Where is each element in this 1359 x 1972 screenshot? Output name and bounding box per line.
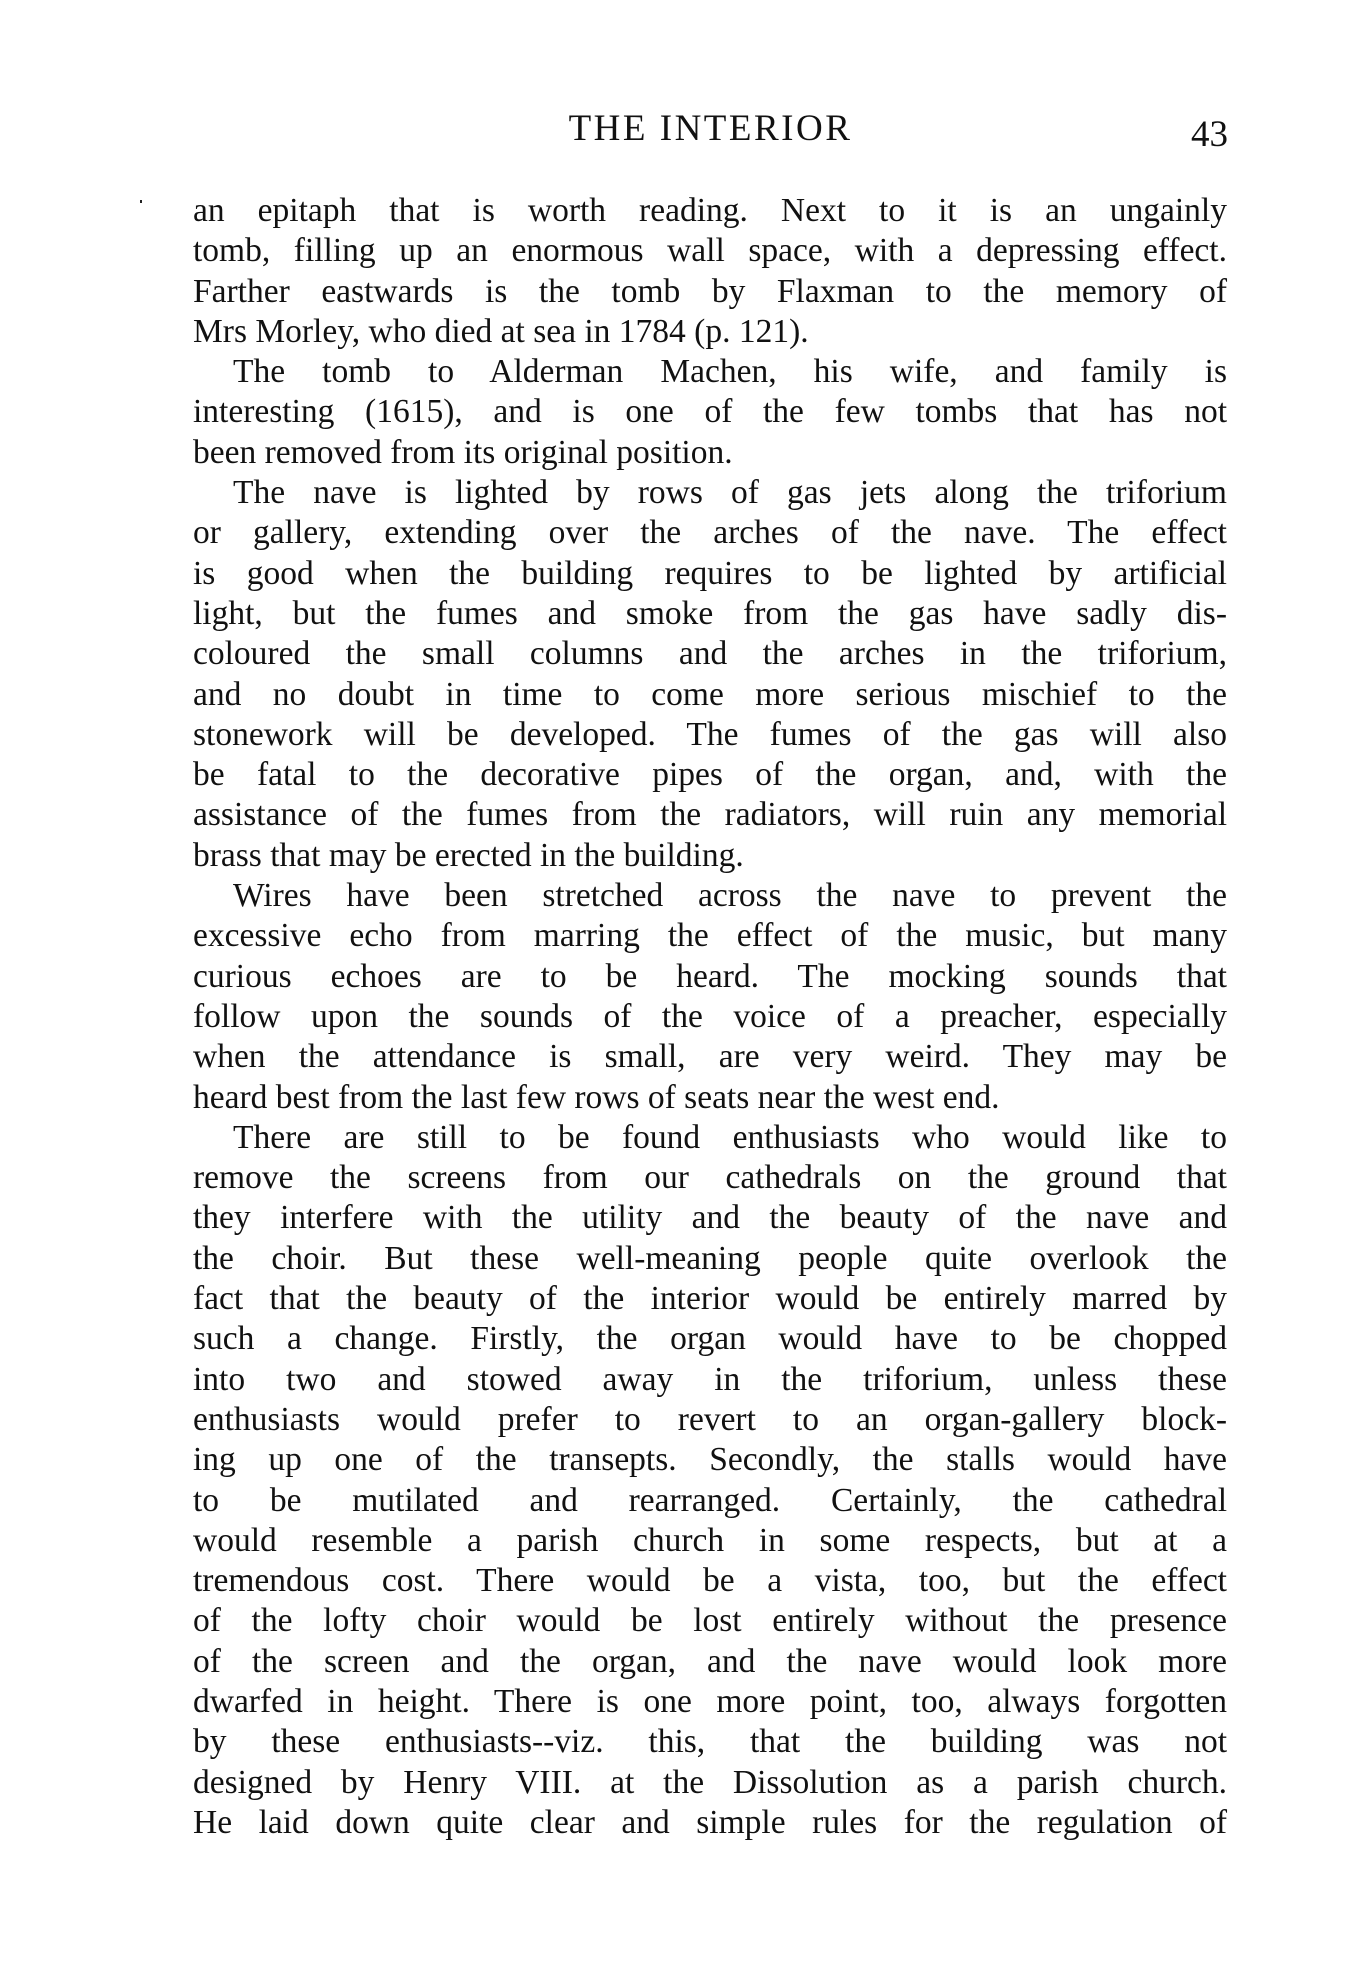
text-line: of the lofty choir would be lost entirel… [193,1601,1227,1641]
text-line: tremendous cost. There would be a vista,… [193,1561,1227,1601]
text-line: they interfere with the utility and the … [193,1198,1227,1238]
text-line: or gallery, extending over the arches of… [193,513,1227,553]
text-line: ing up one of the transepts. Secondly, t… [193,1440,1227,1480]
text-line: of the screen and the organ, and the nav… [193,1642,1227,1682]
text-line: He laid down quite clear and simple rule… [193,1803,1227,1843]
text-line: There are still to be found enthusiasts … [193,1118,1227,1158]
text-line: dwarfed in height. There is one more poi… [193,1682,1227,1722]
scan-speck [140,200,142,203]
text-line: The nave is lighted by rows of gas jets … [193,473,1227,513]
text-line: designed by Henry VIII. at the Dissoluti… [193,1763,1227,1803]
paragraph: Wires have been stretched across the nav… [193,876,1227,1118]
paragraph: an epitaph that is worth reading. Next t… [193,191,1227,352]
text-line: curious echoes are to be heard. The mock… [193,957,1227,997]
text-line: would resemble a parish church in some r… [193,1521,1227,1561]
text-line: Wires have been stretched across the nav… [193,876,1227,916]
text-line: remove the screens from our cathedrals o… [193,1158,1227,1198]
text-line: fact that the beauty of the interior wou… [193,1279,1227,1319]
text-line: brass that may be erected in the buildin… [193,836,1227,876]
running-head: THE INTERIOR 43 [193,104,1228,154]
text-line: by these enthusiasts--viz. this, that th… [193,1722,1227,1762]
text-line: be fatal to the decorative pipes of the … [193,755,1227,795]
text-line: Farther eastwards is the tomb by Flaxman… [193,272,1227,312]
text-line: such a change. Firstly, the organ would … [193,1319,1227,1359]
text-line: coloured the small columns and the arche… [193,634,1227,674]
paragraph: The tomb to Alderman Machen, his wife, a… [193,352,1227,473]
text-line: interesting (1615), and is one of the fe… [193,392,1227,432]
text-line: assistance of the fumes from the radiato… [193,795,1227,835]
text-line: and no doubt in time to come more seriou… [193,675,1227,715]
paragraph: The nave is lighted by rows of gas jets … [193,473,1227,876]
text-line: follow upon the sounds of the voice of a… [193,997,1227,1037]
paragraph: There are still to be found enthusiasts … [193,1118,1227,1843]
text-line: enthusiasts would prefer to revert to an… [193,1400,1227,1440]
text-line: is good when the building requires to be… [193,554,1227,594]
text-line: excessive echo from marring the effect o… [193,916,1227,956]
text-line: the choir. But these well-meaning people… [193,1239,1227,1279]
text-line: an epitaph that is worth reading. Next t… [193,191,1227,231]
text-line: heard best from the last few rows of sea… [193,1078,1227,1118]
text-line: Mrs Morley, who died at sea in 1784 (p. … [193,312,1227,352]
text-line: light, but the fumes and smoke from the … [193,594,1227,634]
text-line: when the attendance is small, are very w… [193,1037,1227,1077]
text-line: into two and stowed away in the triforiu… [193,1360,1227,1400]
book-page: THE INTERIOR 43 an epitaph that is worth… [0,0,1359,1972]
text-line: tomb, filling up an enormous wall space,… [193,231,1227,271]
page-number: 43 [1191,110,1228,160]
text-line: The tomb to Alderman Machen, his wife, a… [193,352,1227,392]
body-text: an epitaph that is worth reading. Next t… [193,191,1227,1843]
text-line: been removed from its original position. [193,433,1227,473]
running-title: THE INTERIOR [193,104,1228,154]
text-line: to be mutilated and rearranged. Certainl… [193,1481,1227,1521]
text-line: stonework will be developed. The fumes o… [193,715,1227,755]
